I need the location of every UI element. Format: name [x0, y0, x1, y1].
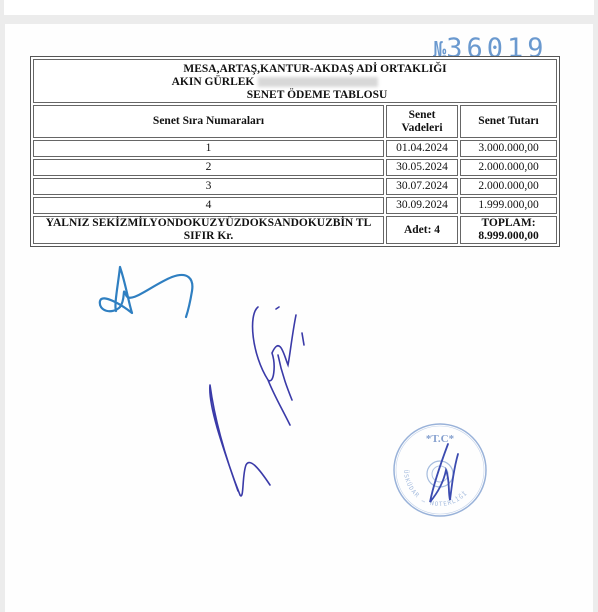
total-amount-cell: TOPLAM: 8.999.000,00: [460, 216, 557, 244]
total-label: TOPLAM:: [463, 217, 554, 230]
table-row: 3 30.07.2024 2.000.000,00: [33, 178, 557, 195]
row-amount: 2.000.000,00: [460, 159, 557, 176]
amount-in-words-line2: SIFIR Kr.: [36, 230, 381, 243]
row-due-date: 01.04.2024: [386, 140, 458, 157]
table-row: 2 30.05.2024 2.000.000,00: [33, 159, 557, 176]
col-header-due-date: Senet Vadeleri: [386, 105, 458, 138]
row-number: 3: [33, 178, 384, 195]
col-header-amount: Senet Tutarı: [460, 105, 557, 138]
table-row: 1 01.04.2024 3.000.000,00: [33, 140, 557, 157]
person-name: AKIN GÜRLEK: [172, 76, 255, 88]
signature-1: [92, 255, 202, 325]
total-row: YALNIZ SEKİZMİLYONDOKUZYÜZDOKSANDOKUZBİN…: [33, 216, 557, 244]
row-amount: 1.999.000,00: [460, 197, 557, 214]
amount-in-words: YALNIZ SEKİZMİLYONDOKUZYÜZDOKSANDOKUZBİN…: [33, 216, 384, 244]
redacted-block: [258, 77, 378, 87]
notary-stamp: *T.C* ÜSKÜDAR … NOTERLİĞİ: [390, 420, 490, 520]
payment-schedule-table: MESA,ARTAŞ,KANTUR-AKDAŞ ADİ ORTAKLIĞI AK…: [30, 56, 560, 247]
note-count: Adet: 4: [386, 216, 458, 244]
row-amount: 3.000.000,00: [460, 140, 557, 157]
row-number: 4: [33, 197, 384, 214]
row-amount: 2.000.000,00: [460, 178, 557, 195]
row-due-date: 30.05.2024: [386, 159, 458, 176]
col-header-sequence: Senet Sıra Numaraları: [33, 105, 384, 138]
signature-2: [200, 295, 320, 510]
stamp-top-text: *T.C*: [426, 433, 455, 445]
total-amount: 8.999.000,00: [463, 230, 554, 243]
svg-text:ÜSKÜDAR … NOTERLİĞİ: ÜSKÜDAR … NOTERLİĞİ: [402, 470, 469, 508]
previous-page-strip: [4, 0, 594, 15]
table-row: 4 30.09.2024 1.999.000,00: [33, 197, 557, 214]
table-header: MESA,ARTAŞ,KANTUR-AKDAŞ ADİ ORTAKLIĞI AK…: [33, 59, 557, 103]
row-due-date: 30.07.2024: [386, 178, 458, 195]
person-line: AKIN GÜRLEK: [0, 76, 554, 89]
company-name: MESA,ARTAŞ,KANTUR-AKDAŞ ADİ ORTAKLIĞI: [76, 63, 554, 76]
table-title: SENET ÖDEME TABLOSU: [80, 89, 554, 102]
stamp-ring-text: ÜSKÜDAR … NOTERLİĞİ: [402, 470, 469, 508]
row-number: 2: [33, 159, 384, 176]
stamp-signature: [430, 444, 458, 502]
amount-in-words-line1: YALNIZ SEKİZMİLYONDOKUZYÜZDOKSANDOKUZBİN…: [36, 217, 381, 230]
column-headers: Senet Sıra Numaraları Senet Vadeleri Sen…: [33, 105, 557, 138]
row-due-date: 30.09.2024: [386, 197, 458, 214]
row-number: 1: [33, 140, 384, 157]
